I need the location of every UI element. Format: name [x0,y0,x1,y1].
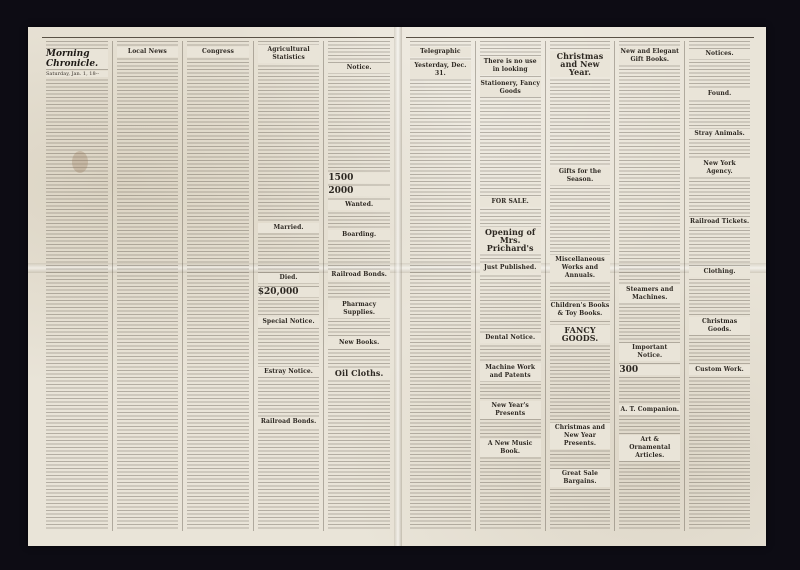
column-heading: Married. [258,223,320,233]
newspaper-sheet: Morning Chronicle. Saturday, Jan. 1, 18-… [28,27,766,546]
ink-stain [72,151,88,173]
dateline: Saturday, Jan. 1, 18-- [46,71,108,77]
big-numeral: 1500 [328,173,390,183]
column-8: Christmas and New Year. Gifts for the Se… [546,41,616,531]
column-heading: Important Notice. [619,343,680,361]
column-4: Agricultural Statistics Married. Died. $… [254,41,325,531]
big-numeral: $20,000 [258,287,320,297]
top-rule [42,37,394,38]
column-heading: FANCY GOODS. [550,325,611,343]
column-heading: Stray Animals. [689,129,750,139]
column-heading: New York Agency. [689,159,750,177]
column-heading: Machine Work and Patents [480,363,541,381]
column-heading: Telegraphic [410,47,471,57]
column-heading: Christmas Goods. [689,317,750,335]
column-1: Morning Chronicle. Saturday, Jan. 1, 18-… [42,41,113,531]
column-heading: Died. [258,273,320,283]
column-heading: Great Sale Bargains. [550,469,611,487]
column-heading: Railroad Bonds. [258,417,320,427]
column-heading: Pharmacy Supplies. [328,300,390,318]
column-heading: Just Published. [480,263,541,273]
column-heading: Christmas and New Year Presents. [550,423,611,449]
masthead: Morning Chronicle. [46,49,108,69]
column-6: Telegraphic Yesterday, Dec. 31. [406,41,476,531]
column-heading: Notice. [328,63,390,73]
column-5: Notice. 1500 2000 Wanted. Boarding. Rail… [324,41,394,531]
column-heading: Notices. [689,49,750,59]
column-2: Local News [113,41,184,531]
column-heading: Christmas and New Year. [550,51,611,77]
column-heading: New and Elegant Gift Books. [619,47,680,65]
big-numeral: 2000 [328,186,390,196]
center-fold [394,27,402,546]
column-heading: Railroad Bonds. [328,270,390,280]
column-heading: Opening of Mrs. Prichard's [480,227,541,253]
big-numeral: 300 [619,365,680,375]
column-heading: Local News [117,47,179,57]
column-heading: A New Music Book. [480,439,541,457]
column-7: There is no use in looking Stationery, F… [476,41,546,531]
column-heading: Congress [187,47,249,57]
column-heading: New Books. [328,338,390,348]
column-heading: Agricultural Statistics [258,45,320,63]
column-heading: Estray Notice. [258,367,320,377]
top-rule [406,37,754,38]
column-heading: Dental Notice. [480,333,541,343]
column-heading: FOR SALE. [480,197,541,207]
column-10: Notices. Found. Stray Animals. New York … [685,41,754,531]
column-heading: Wanted. [328,200,390,210]
column-heading: Steamers and Machines. [619,285,680,303]
column-9: New and Elegant Gift Books. Steamers and… [615,41,685,531]
column-heading: Custom Work. [689,365,750,375]
column-heading: Oil Cloths. [328,368,390,378]
column-heading: New Year's Presents [480,401,541,419]
column-heading: Special Notice. [258,317,320,327]
column-heading: Miscellaneous Works and Annuals. [550,255,611,281]
column-heading: Railroad Tickets. [689,217,750,227]
right-page: Telegraphic Yesterday, Dec. 31. There is… [406,41,754,531]
column-subheading: Yesterday, Dec. 31. [410,61,471,79]
column-heading: A. T. Companion. [619,405,680,415]
column-heading: There is no use in looking [480,57,541,75]
column-heading: Art & Ornamental Articles. [619,435,680,461]
column-heading: Stationery, Fancy Goods [480,79,541,97]
left-page: Morning Chronicle. Saturday, Jan. 1, 18-… [42,41,394,531]
column-heading: Boarding. [328,230,390,240]
column-3: Congress [183,41,254,531]
column-heading: Gifts for the Season. [550,167,611,185]
column-heading: Clothing. [689,267,750,277]
column-heading: Children's Books & Toy Books. [550,301,611,319]
column-heading: Found. [689,89,750,99]
